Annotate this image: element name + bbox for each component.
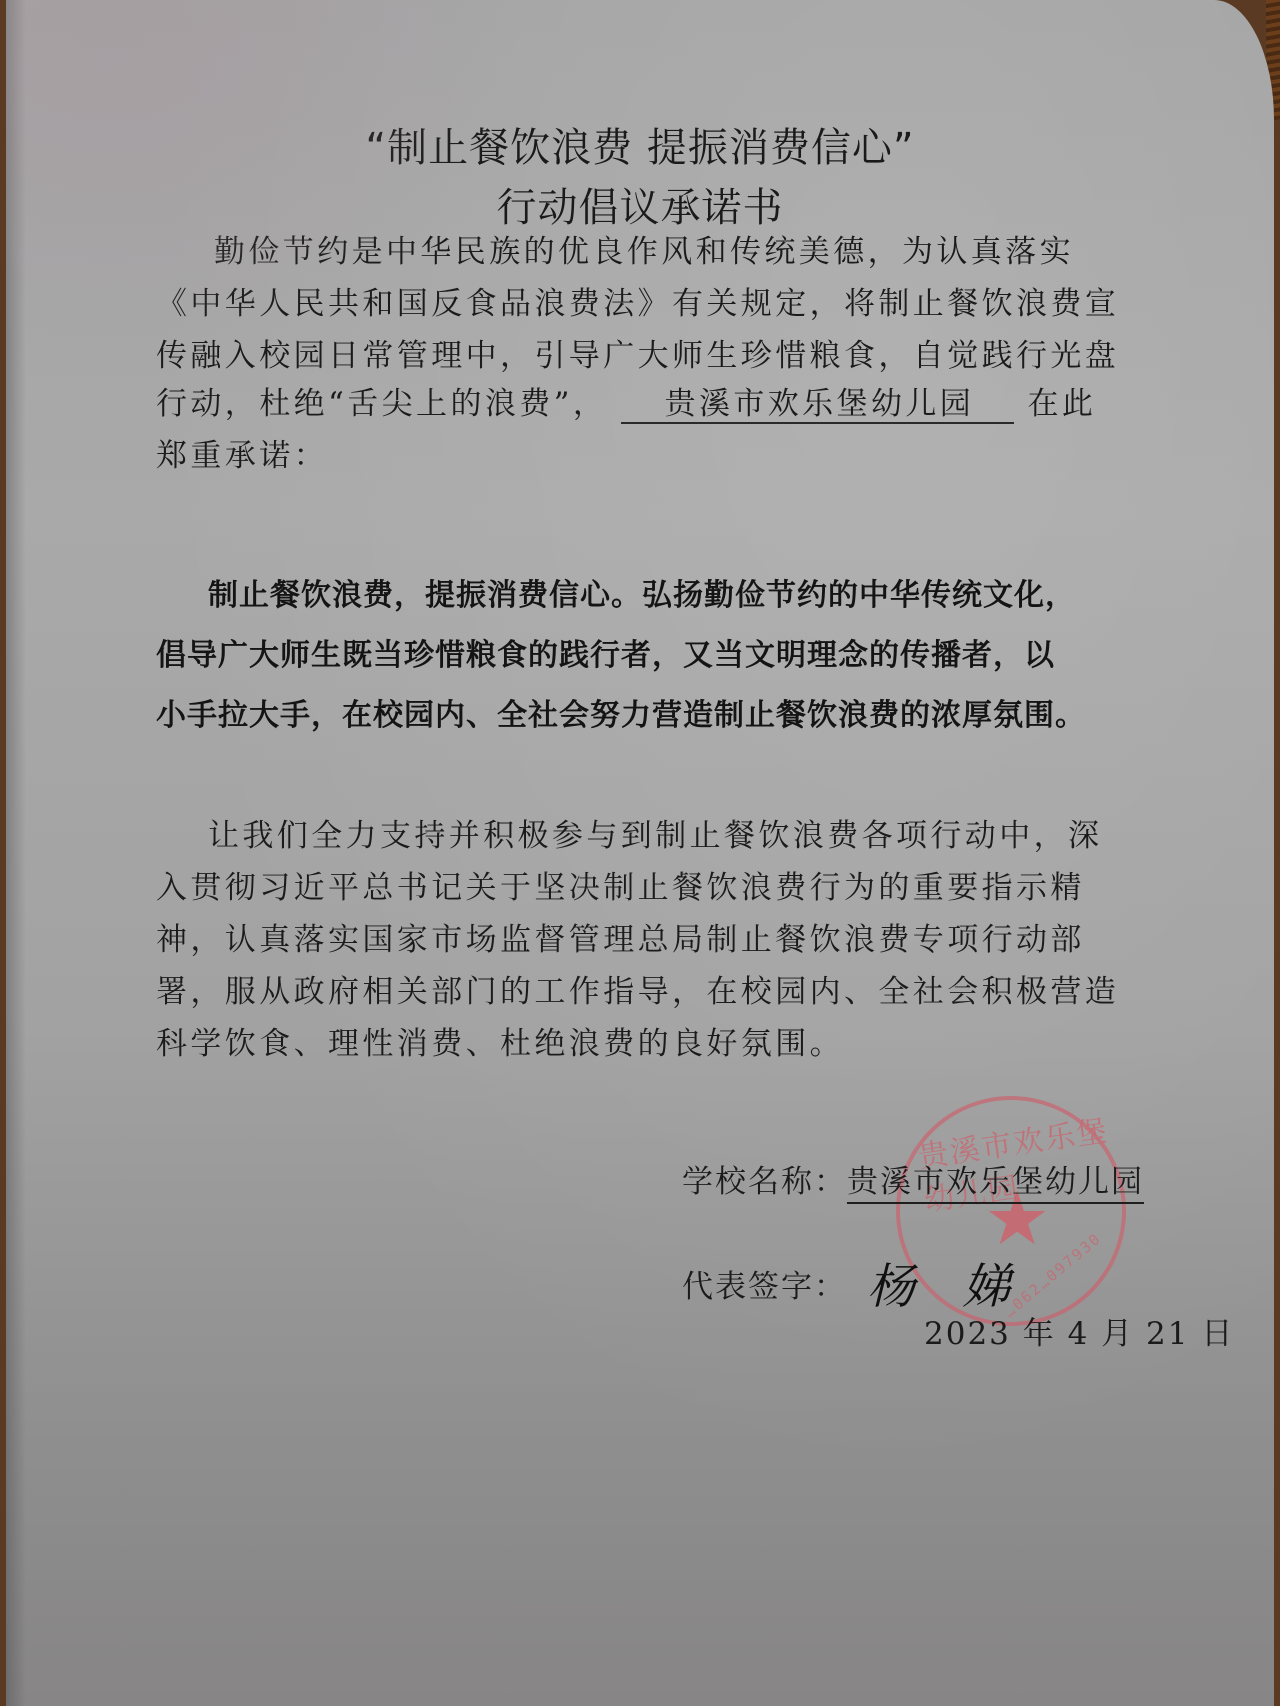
school-name-field: 学校名称：贵溪市欢乐堡幼儿园 — [682, 1156, 1144, 1201]
signing-date: 2023 年 4 月 21 日 — [924, 1308, 1234, 1353]
paragraph-3-line-5: 科学饮食、理性消费、杜绝浪费的良好氛围。 — [156, 1018, 844, 1063]
paragraph-1-line-5: 郑重承诺： — [156, 430, 328, 480]
filled-school-name: 贵溪市欢乐堡幼儿园 — [621, 386, 1015, 424]
paragraph-1-line-4-suffix: 在此 — [1027, 386, 1096, 422]
paragraph-1-line-1: 勤俭节约是中华民族的优良作风和传统美德，为认真落实 — [214, 226, 1074, 276]
representative-label: 代表签字： — [682, 1269, 847, 1305]
paragraph-3-line-2: 入贯彻习近平总书记关于坚决制止餐饮浪费行为的重要指示精 — [156, 862, 1085, 907]
paragraph-1-line-4: 行动，杜绝“舌尖上的浪费”， 贵溪市欢乐堡幼儿园 在此 — [156, 378, 1096, 428]
paragraph-2-line-2: 倡导广大师生既当珍惜粮食的践行者，又当文明理念的传播者，以 — [156, 630, 1055, 690]
handwritten-signature: 杨 娣 — [867, 1259, 1026, 1315]
paragraph-1-line-4-prefix: 行动，杜绝“舌尖上的浪费”， — [156, 386, 607, 422]
paragraph-2-line-3: 小手拉大手，在校园内、全社会努力营造制止餐饮浪费的浓厚氛围。 — [156, 690, 1086, 750]
paragraph-1-line-3: 传融入校园日常管理中，引导广大师生珍惜粮食，自觉践行光盘 — [156, 330, 1119, 380]
paragraph-3-line-4: 署，服从政府相关部门的工作指导，在校园内、全社会积极营造 — [156, 966, 1119, 1011]
paragraph-1-line-2: 《中华人民共和国反食品浪费法》有关规定，将制止餐饮浪费宣 — [156, 278, 1119, 328]
paragraph-2-line-1: 制止餐饮浪费，提振消费信心。弘扬勤俭节约的中华传统文化， — [208, 570, 1076, 630]
school-name-value: 贵溪市欢乐堡幼儿园 — [847, 1164, 1144, 1204]
school-name-label: 学校名称： — [682, 1164, 847, 1200]
document-subtitle: 行动倡议承诺书 — [6, 176, 1274, 233]
representative-signature-field: 代表签字：杨 娣 — [682, 1242, 1026, 1311]
paper-sheet: “制止餐饮浪费 提振消费信心” 行动倡议承诺书 勤俭节约是中华民族的优良作风和传… — [6, 0, 1274, 1706]
document-title: “制止餐饮浪费 提振消费信心” — [6, 116, 1274, 173]
paragraph-3-line-1: 让我们全力支持并积极参与到制止餐饮浪费各项行动中，深 — [208, 810, 1102, 855]
paragraph-3-line-3: 神，认真落实国家市场监督管理总局制止餐饮浪费专项行动部 — [156, 914, 1085, 959]
